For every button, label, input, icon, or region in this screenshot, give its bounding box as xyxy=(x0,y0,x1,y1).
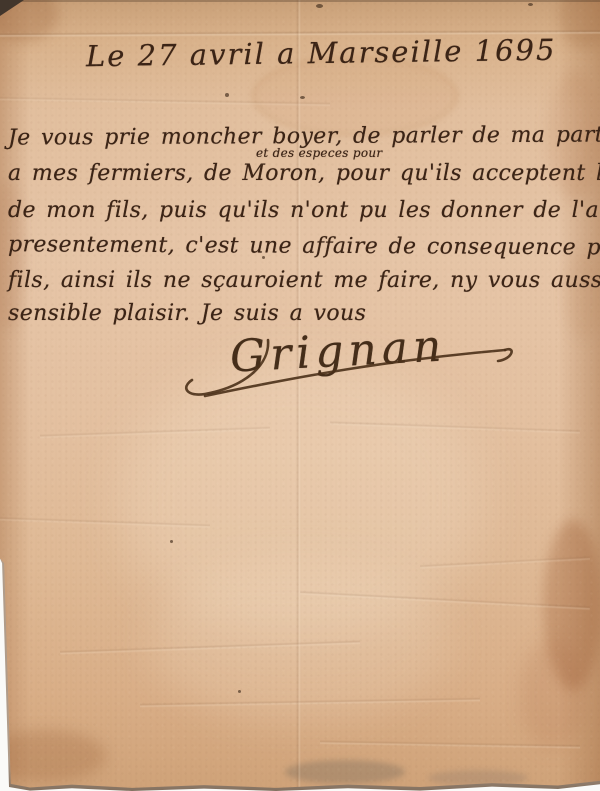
body-line-2: a mes fermiers, de Moron, pour qu'ils ac… xyxy=(8,161,600,186)
stain-top-right-corner xyxy=(558,0,600,48)
torn-corner-top-left xyxy=(0,0,24,16)
body-line-4: presentement, c'est une affaire de conse… xyxy=(8,232,600,261)
wrinkle-5 xyxy=(60,640,360,655)
stain-right-edge-low xyxy=(520,640,586,750)
wrinkle-7 xyxy=(320,740,580,750)
stain-right-edge-mid xyxy=(566,250,600,340)
wrinkle-4 xyxy=(300,590,590,610)
ink-speck xyxy=(528,3,533,6)
body-line-1: Je vous prie moncher boyer, de parler de… xyxy=(8,122,600,150)
ink-speck xyxy=(238,690,241,693)
body-line-6: sensible plaisir. Je suis a vous xyxy=(8,301,366,326)
ink-speck xyxy=(225,93,229,97)
wrinkle-1 xyxy=(40,426,270,439)
smudge-bottom-right xyxy=(428,770,528,786)
fold-crease-vertical-center xyxy=(296,0,301,791)
stain-bottom-left xyxy=(0,730,106,782)
smudge-bottom-center xyxy=(285,760,405,784)
scan-top-edge xyxy=(0,0,600,2)
wrinkle-8 xyxy=(420,556,590,570)
ink-speck xyxy=(316,4,323,8)
body-line-5: fils, ainsi ils ne sçauroient me faire, … xyxy=(8,268,600,293)
body-line-3: de mon fils, puis qu'ils n'ont pu les do… xyxy=(8,198,600,223)
light-patch-lower xyxy=(150,560,450,720)
paper-grain-texture xyxy=(0,0,600,791)
dateline: Le 27 avril a Marseille 1695 xyxy=(86,33,557,74)
ink-speck xyxy=(300,96,305,99)
wrinkle-3 xyxy=(0,516,210,528)
scanned-letter: Le 27 avril a Marseille 1695 et des espe… xyxy=(0,0,600,791)
ink-speck xyxy=(170,540,173,543)
light-patch-center xyxy=(120,360,480,640)
letter-paper: Le 27 avril a Marseille 1695 et des espe… xyxy=(0,0,600,791)
fold-crease-upper-left xyxy=(0,96,330,107)
wrinkle-2 xyxy=(330,421,580,435)
stain-right-edge-strong xyxy=(544,520,600,690)
wrinkle-6 xyxy=(140,697,480,708)
signature: Grignan xyxy=(229,320,448,382)
